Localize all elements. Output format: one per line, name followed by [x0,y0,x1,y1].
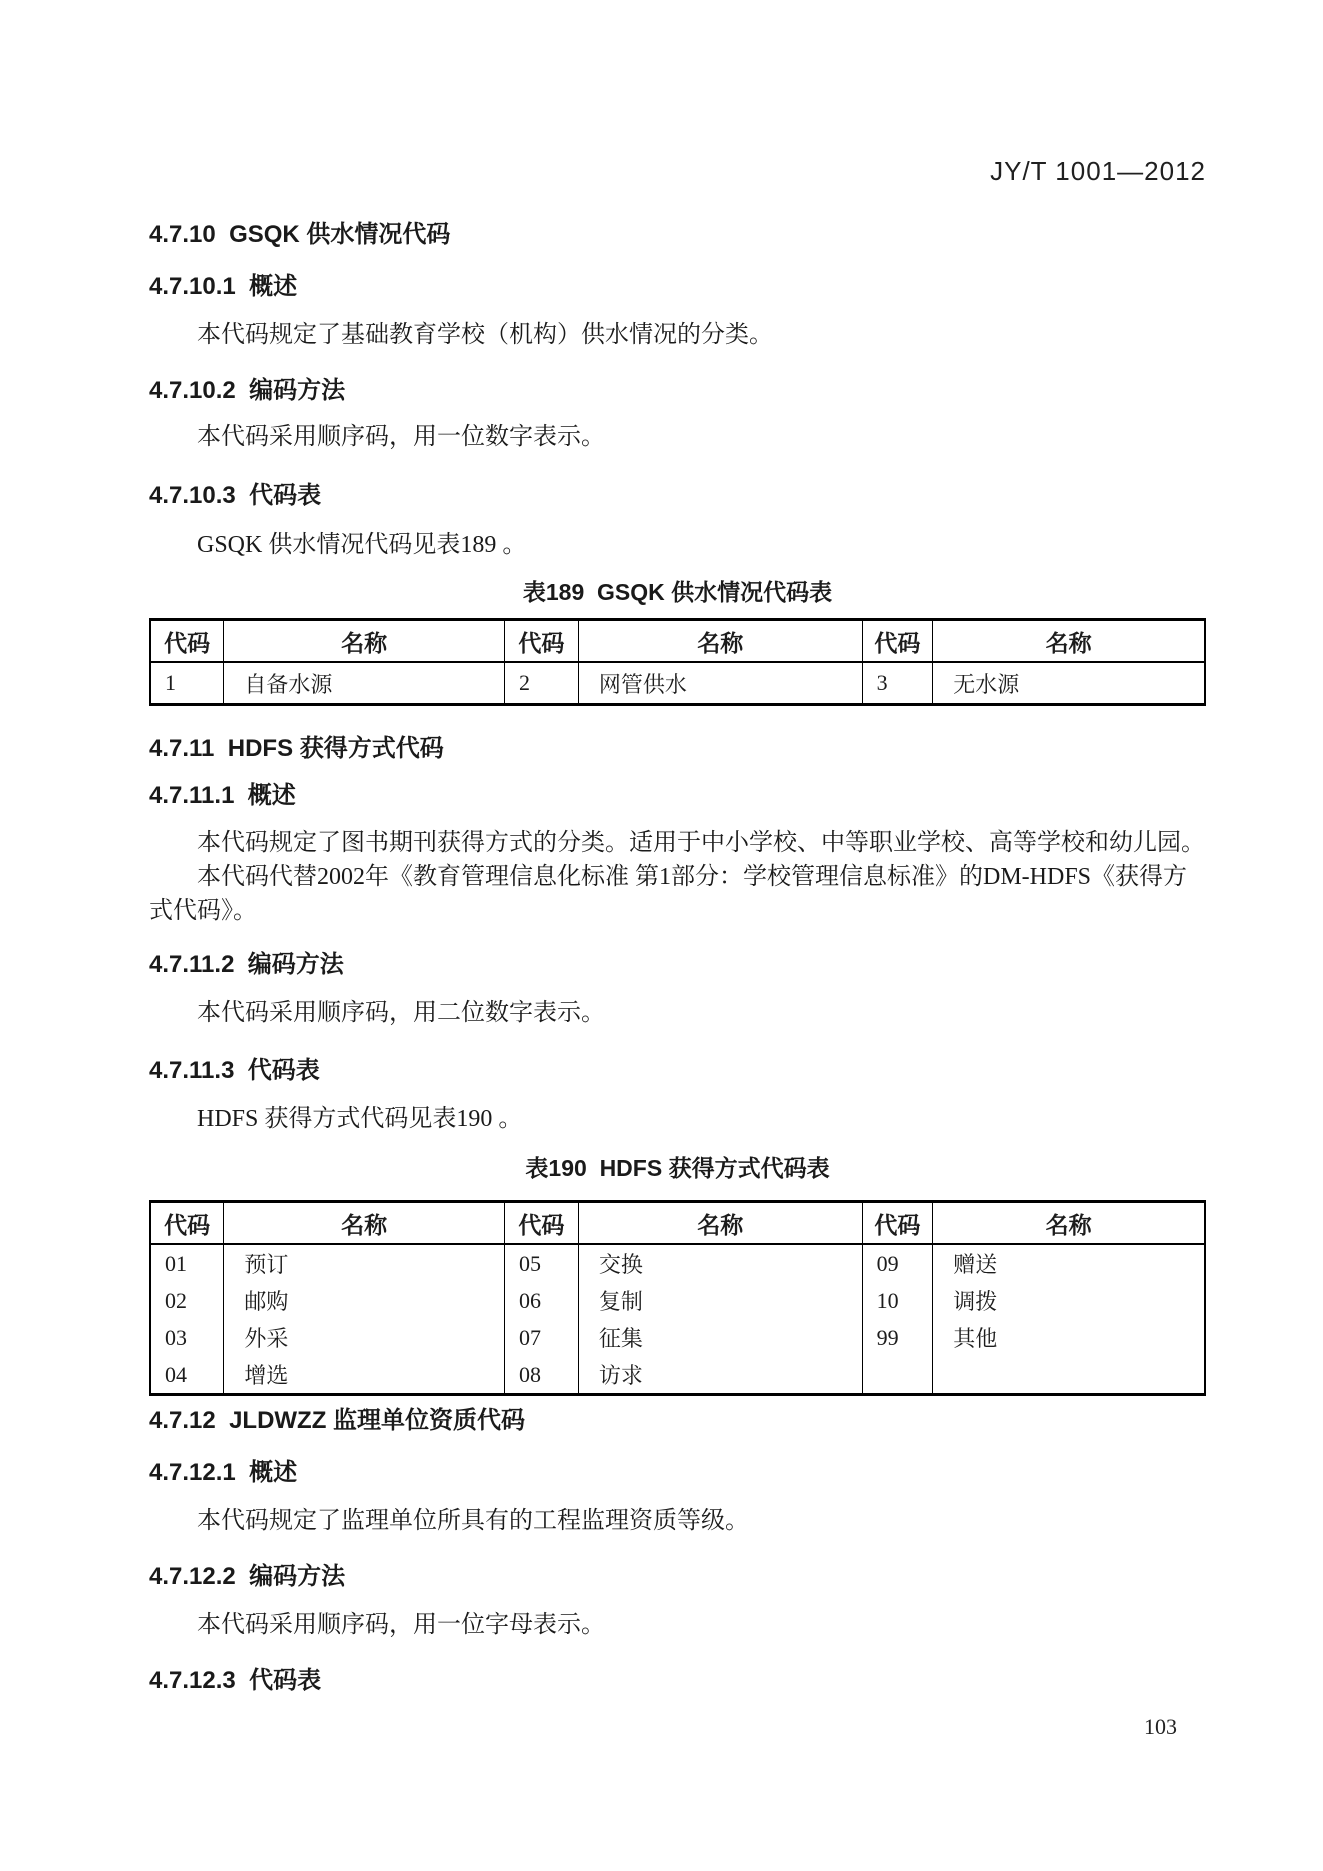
table-row: 04 增选 08 访求 [150,1356,1205,1395]
table-row: 01 预订 05 交换 09 赠送 [150,1244,1205,1282]
table-header-cell: 代码 [504,620,578,663]
table-cell: 征集 [578,1319,862,1356]
table-cell: 网管供水 [578,662,862,705]
table-caption-190: 表190 HDFS 获得方式代码表 [149,1150,1206,1183]
table-cell: 交换 [578,1244,862,1282]
table-cell: 2 [504,662,578,705]
table-190: 代码 名称 代码 名称 代码 名称 01 预订 05 交换 09 赠送 02 邮… [149,1200,1206,1396]
heading-4-7-12-3: 4.7.12.3 代码表 [149,1660,1206,1695]
table-cell: 01 [150,1244,224,1282]
paragraph-4-7-12-1: 本代码规定了监理单位所具有的工程监理资质等级。 [149,1504,1209,1538]
table-cell: 3 [862,662,933,705]
heading-4-7-10-1: 4.7.10.1 概述 [149,266,1206,301]
heading-4-7-10: 4.7.10 GSQK 供水情况代码 [149,214,1206,249]
table-cell: 外采 [224,1319,505,1356]
table-cell: 赠送 [933,1244,1205,1282]
page-number: 103 [1144,1714,1177,1740]
table-ref-189: GSQK 供水情况代码见表189 。 [149,528,1209,562]
table-cell: 10 [862,1282,933,1319]
doc-number: JY/T 1001—2012 [149,156,1206,187]
paragraph-4-7-12-2: 本代码采用顺序码，用一位字母表示。 [149,1608,1209,1642]
table-header-cell: 名称 [933,620,1205,663]
heading-4-7-11-3: 4.7.11.3 代码表 [149,1050,1206,1085]
table-header-cell: 代码 [862,620,933,663]
table-header-cell: 名称 [224,1202,505,1245]
table-cell: 复制 [578,1282,862,1319]
paragraph-4-7-11-2: 本代码采用顺序码，用二位数字表示。 [149,996,1209,1030]
table-cell: 访求 [578,1356,862,1395]
table-cell: 增选 [224,1356,505,1395]
table-cell: 自备水源 [224,662,505,705]
table-cell: 02 [150,1282,224,1319]
heading-4-7-10-3: 4.7.10.3 代码表 [149,475,1206,510]
table-caption-189: 表189 GSQK 供水情况代码表 [149,574,1206,607]
paragraph-4-7-10-1: 本代码规定了基础教育学校（机构）供水情况的分类。 [149,318,1209,352]
table-cell: 07 [504,1319,578,1356]
table-header-cell: 名称 [224,620,505,663]
table-cell [933,1356,1205,1395]
table-189: 代码 名称 代码 名称 代码 名称 1 自备水源 2 网管供水 3 无水源 [149,618,1206,706]
table-header-cell: 名称 [933,1202,1205,1245]
table-189-header-row: 代码 名称 代码 名称 代码 名称 [150,620,1205,663]
table-cell: 邮购 [224,1282,505,1319]
table-row: 02 邮购 06 复制 10 调拨 [150,1282,1205,1319]
table-cell: 调拨 [933,1282,1205,1319]
heading-4-7-12: 4.7.12 JLDWZZ 监理单位资质代码 [149,1400,1206,1435]
table-header-cell: 名称 [578,620,862,663]
table-cell: 99 [862,1319,933,1356]
table-cell: 04 [150,1356,224,1395]
table-cell: 无水源 [933,662,1205,705]
document-page: JY/T 1001—2012 4.7.10 GSQK 供水情况代码 4.7.10… [0,0,1323,1871]
heading-4-7-10-2: 4.7.10.2 编码方法 [149,370,1206,405]
table-190-header-row: 代码 名称 代码 名称 代码 名称 [150,1202,1205,1245]
table-cell: 05 [504,1244,578,1282]
heading-4-7-11-2: 4.7.11.2 编码方法 [149,944,1206,979]
table-cell: 09 [862,1244,933,1282]
table-cell [862,1356,933,1395]
table-cell: 1 [150,662,224,705]
heading-4-7-12-2: 4.7.12.2 编码方法 [149,1556,1206,1591]
table-header-cell: 代码 [504,1202,578,1245]
table-ref-190: HDFS 获得方式代码见表190 。 [149,1102,1209,1136]
heading-4-7-11-1: 4.7.11.1 概述 [149,775,1206,810]
table-header-cell: 代码 [862,1202,933,1245]
table-header-cell: 代码 [150,620,224,663]
table-row: 1 自备水源 2 网管供水 3 无水源 [150,662,1205,705]
paragraph-4-7-11-1b: 本代码代替2002年《教育管理信息化标准 第1部分：学校管理信息标准》的DM-H… [149,860,1209,928]
paragraph-4-7-11-1a: 本代码规定了图书期刊获得方式的分类。适用于中小学校、中等职业学校、高等学校和幼儿… [149,826,1209,860]
table-header-cell: 代码 [150,1202,224,1245]
heading-4-7-12-1: 4.7.12.1 概述 [149,1452,1206,1487]
table-cell: 其他 [933,1319,1205,1356]
table-cell: 03 [150,1319,224,1356]
heading-4-7-11: 4.7.11 HDFS 获得方式代码 [149,728,1206,763]
table-header-cell: 名称 [578,1202,862,1245]
paragraph-4-7-10-2: 本代码采用顺序码，用一位数字表示。 [149,420,1209,454]
table-cell: 08 [504,1356,578,1395]
table-row: 03 外采 07 征集 99 其他 [150,1319,1205,1356]
table-cell: 预订 [224,1244,505,1282]
table-cell: 06 [504,1282,578,1319]
